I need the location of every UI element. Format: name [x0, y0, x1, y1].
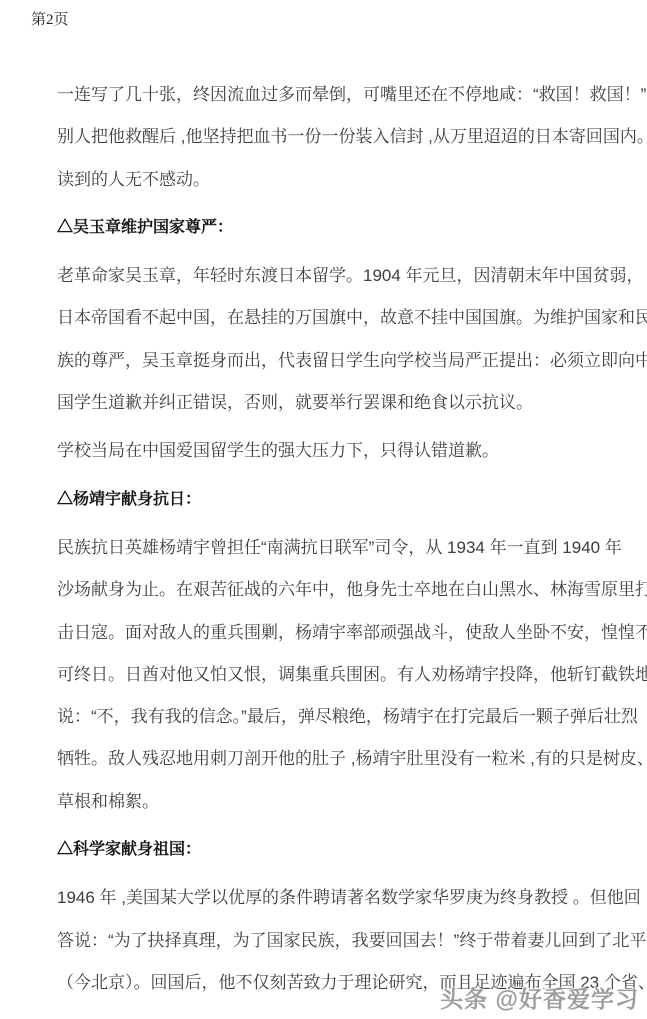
para-yang-jingyu-line: 可终日。日酋对他又怕又恨，调集重兵围困。有人劝杨靖宇投降，他斩钉截铁地	[57, 654, 597, 696]
para-blood-letters-line: 别人把他救醒后 ,他坚持把血书一份一份装入信封 ,从万里迢迢的日本寄回国内。	[57, 116, 597, 158]
para-yang-jingyu-line: 说：“不，我有我的信念。”最后，弹尽粮绝，杨靖宇在打完最后一颗子弹后壮烈	[57, 696, 597, 738]
para-wu-yuzhang-line: 族的尊严，吴玉章挺身而出，代表留日学生向学校当局严正提出：必须立即向中	[57, 340, 597, 382]
watermark-text: 头条 @好香爱学习	[440, 981, 639, 1014]
para-yang-jingyu-line: 沙场献身为止。在艰苦征战的六年中，他身先士卒地在白山黑水、林海雪原里打	[57, 569, 597, 611]
para-wu-yuzhang-line: 日本帝国看不起中国，在悬挂的万国旗中，故意不挂中国国旗。为维护国家和民	[57, 297, 597, 339]
para-yang-jingyu-line: 击日寇。面对敌人的重兵围剿，杨靖宇率部顽强战斗，使敌人坐卧不安，惶惶不	[57, 612, 597, 654]
para-hua-luogeng-line: 1946 年 ,美国某大学以优厚的条件聘请著名数学家华罗庚为终身教授 。但他回	[57, 877, 597, 919]
para-yang-jingyu-line: 牺牲。敌人残忍地用刺刀剖开他的肚子 ,杨靖宇肚里没有一粒米 ,有的只是树皮、	[57, 738, 597, 780]
heading-wu-yuzhang: △吴玉章维护国家尊严：	[57, 207, 597, 249]
para-wu-yuzhang-line: 国学生道歉并纠正错误，否则，就要举行罢课和绝食以示抗议。	[57, 382, 597, 424]
document-page: 第2页 一连写了几十张，终因流血过多而晕倒，可嘴里还在不停地咸：“救国！救国！”…	[0, 0, 647, 1019]
para-blood-letters: 一连写了几十张，终因流血过多而晕倒，可嘴里还在不停地咸：“救国！救国！”别人把他…	[57, 74, 597, 201]
heading-yang-jingyu: △杨靖宇献身抗日：	[57, 479, 597, 521]
para-school-apology: 学校当局在中国爱国留学生的强大压力下，只得认错道歉。	[57, 430, 597, 472]
para-blood-letters-line: 读到的人无不感动。	[57, 159, 597, 201]
document-body: 一连写了几十张，终因流血过多而晕倒，可嘴里还在不停地咸：“救国！救国！”别人把他…	[57, 74, 597, 1010]
para-school-apology-line: 学校当局在中国爱国留学生的强大压力下，只得认错道歉。	[57, 430, 597, 472]
para-yang-jingyu: 民族抗日英雄杨靖宇曾担任“南满抗日联军”司令，从 1934 年一直到 1940 …	[57, 527, 597, 823]
para-yang-jingyu-line: 草根和棉絮。	[57, 781, 597, 823]
para-yang-jingyu-line: 民族抗日英雄杨靖宇曾担任“南满抗日联军”司令，从 1934 年一直到 1940 …	[57, 527, 597, 569]
para-wu-yuzhang: 老革命家吴玉章，年轻时东渡日本留学。1904 年元旦，因清朝末年中国贫弱，日本帝…	[57, 255, 597, 424]
page-number-label: 第2页	[31, 8, 69, 29]
heading-scientist: △科学家献身祖国：	[57, 829, 597, 871]
para-hua-luogeng-line: 答说：“为了抉择真理，为了国家民族，我要回国去！”终于带着妻儿回到了北平	[57, 920, 597, 962]
para-wu-yuzhang-line: 老革命家吴玉章，年轻时东渡日本留学。1904 年元旦，因清朝末年中国贫弱，	[57, 255, 597, 297]
para-blood-letters-line: 一连写了几十张，终因流血过多而晕倒，可嘴里还在不停地咸：“救国！救国！”	[57, 74, 597, 116]
